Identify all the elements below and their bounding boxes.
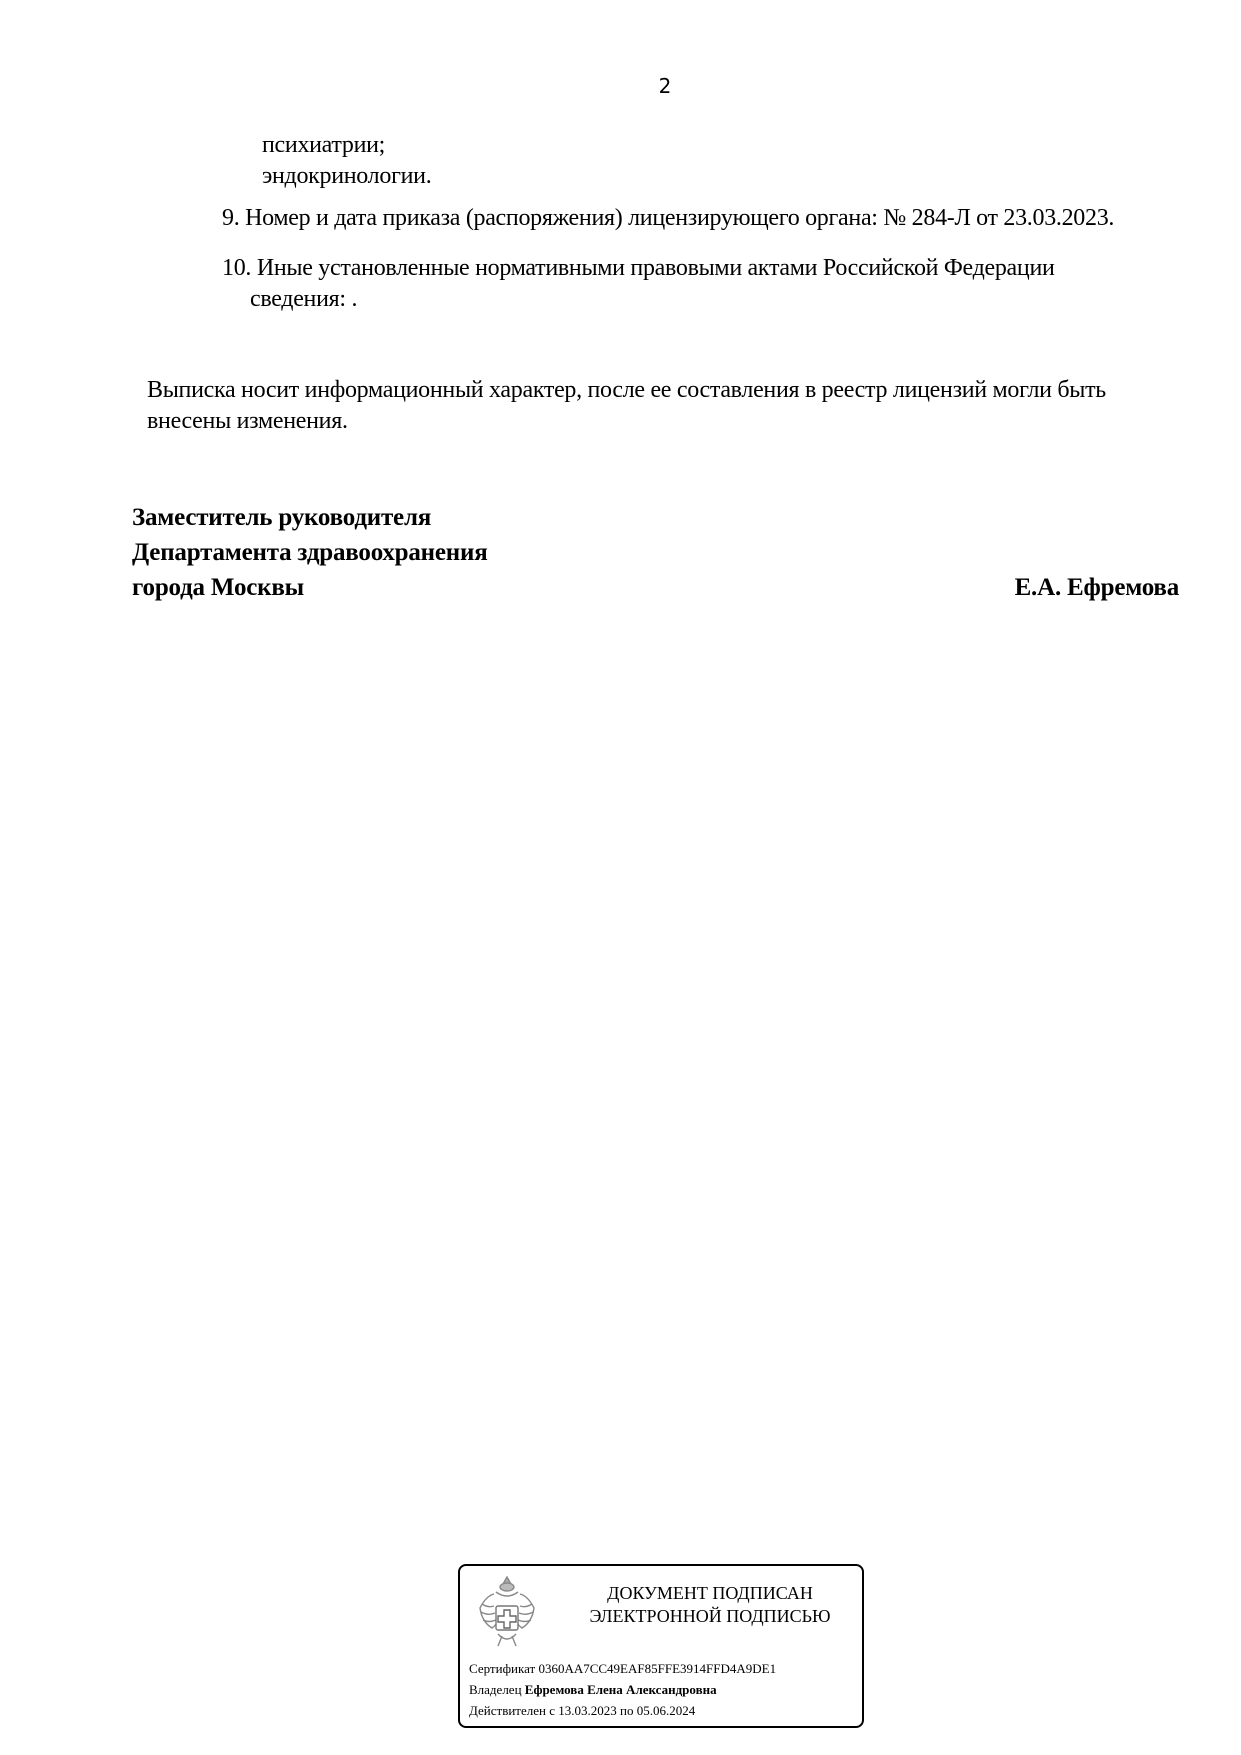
item-text: Номер и дата приказа (распоряжения) лице… xyxy=(245,205,1114,231)
certificate-label: Сертификат xyxy=(469,1661,535,1676)
item-text: Иные установленные нормативными правовым… xyxy=(257,255,1055,281)
coat-of-arms-icon xyxy=(474,1574,540,1650)
item-10-continuation: сведения: . xyxy=(250,284,357,315)
stamp-title-line-1: ДОКУМЕНТ ПОДПИСАН xyxy=(570,1582,850,1605)
notice-line-1: Выписка носит информационный характер, п… xyxy=(147,375,1106,406)
owner-label: Владелец xyxy=(469,1682,522,1697)
item-9: 9. Номер и дата приказа (распоряжения) л… xyxy=(222,203,1114,234)
owner-value: Ефремова Елена Александровна xyxy=(525,1682,717,1697)
page-number: 2 xyxy=(0,74,1241,98)
signatory-name: Е.А. Ефремова xyxy=(1015,570,1179,605)
stamp-title-line-2: ЭЛЕКТРОННОЙ ПОДПИСЬЮ xyxy=(570,1605,850,1628)
list-item: психиатрии; xyxy=(262,130,385,161)
item-number: 9. xyxy=(222,205,239,231)
signatory-position-line-3: города Москвы xyxy=(132,570,304,605)
stamp-title: ДОКУМЕНТ ПОДПИСАН ЭЛЕКТРОННОЙ ПОДПИСЬЮ xyxy=(570,1582,850,1628)
certificate-line: Сертификат 0360AA7CC49EAF85FFE3914FFD4A9… xyxy=(469,1661,776,1677)
item-10: 10. Иные установленные нормативными прав… xyxy=(222,253,1055,284)
e-signature-stamp: ДОКУМЕНТ ПОДПИСАН ЭЛЕКТРОННОЙ ПОДПИСЬЮ С… xyxy=(458,1564,864,1728)
validity-line: Действителен с 13.03.2023 по 05.06.2024 xyxy=(469,1703,695,1719)
owner-line: Владелец Ефремова Елена Александровна xyxy=(469,1682,717,1698)
item-number: 10. xyxy=(222,255,251,281)
signatory-position-line-1: Заместитель руководителя xyxy=(132,500,431,535)
certificate-value: 0360AA7CC49EAF85FFE3914FFD4A9DE1 xyxy=(538,1661,776,1676)
list-item: эндокринологии. xyxy=(262,161,431,192)
signatory-position-line-2: Департамента здравоохранения xyxy=(132,535,488,570)
notice-line-2: внесены изменения. xyxy=(147,406,348,437)
